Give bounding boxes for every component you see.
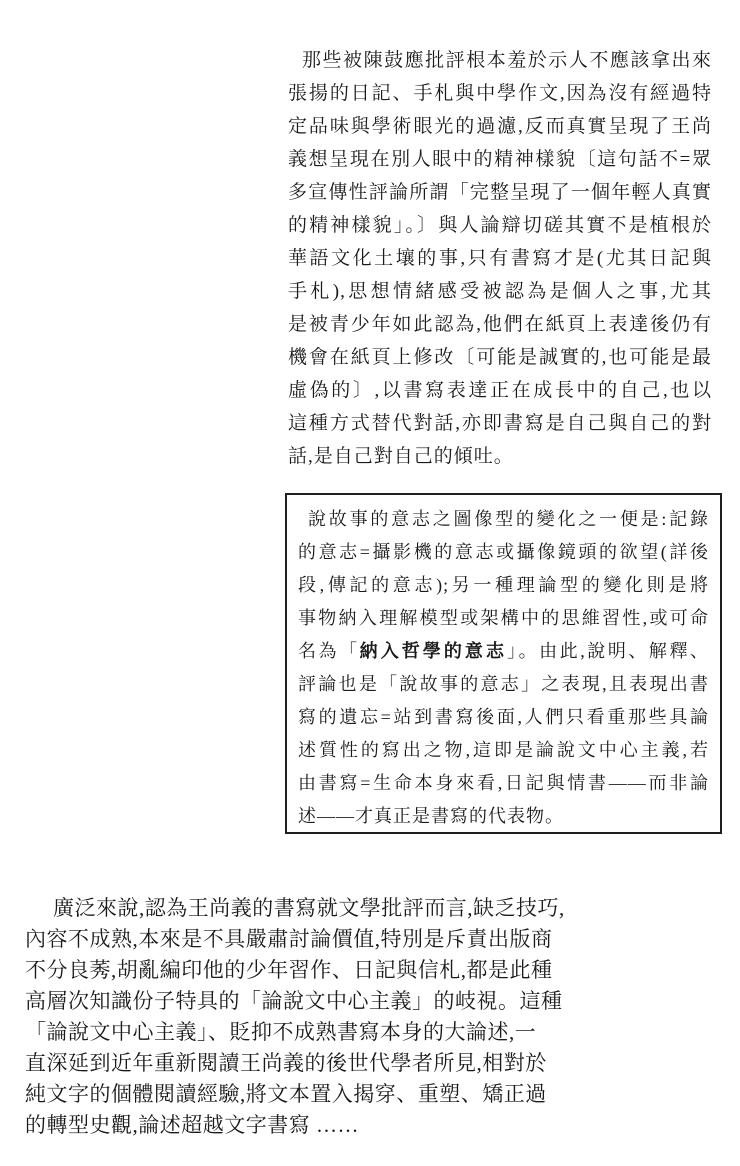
text-line: 手札),思想情緒感受被認為是個人之事,尤其 [288, 275, 712, 308]
text-line: 寫的遺忘=站到書寫後面,人們只看重那些具論 [298, 701, 709, 734]
text-segment: 廣泛來說,認為王尚義的書寫就文學批評而言,缺乏技巧, [53, 896, 565, 920]
text-segment: 說故事的意志之圖像型的變化之一便是:記錄 [308, 509, 709, 529]
bold-emphasis: 納入哲學的意志 [360, 641, 507, 661]
text-segment: 直深延到近年重新閱讀王尚義的後世代學者所見,相對於 [25, 1051, 547, 1075]
text-segment: 華語文化土壤的事,只有書寫才是(尤其日記與 [288, 248, 712, 269]
text-line: 華語文化土壤的事,只有書寫才是(尤其日記與 [288, 242, 712, 275]
text-segment: 那些被陳鼓應批評根本羞於示人不應該拿出來 [302, 50, 712, 71]
text-line: 事物納入理解模型或架構中的思維習性,或可命 [298, 602, 709, 635]
text-line: 述——才真正是書寫的代表物。 [298, 800, 709, 833]
text-line: 這種方式替代對話,亦即書寫是自己與自己的對 [288, 407, 712, 440]
text-line: 名為「納入哲學的意志」。由此,說明、解釋、 [298, 635, 709, 668]
text-line: 高層次知識份子特具的「論說文中心主義」的岐視。這種 [25, 986, 625, 1017]
text-line: 評論也是「說故事的意志」之表現,且表現出書 [298, 668, 709, 701]
text-segment: 機會在紙頁上修改〔可能是誠實的,也可能是最 [288, 347, 712, 368]
text-line: 那些被陳鼓應批評根本羞於示人不應該拿出來 [288, 44, 712, 77]
text-segment: 定品味與學術眼光的過濾,反而真實呈現了王尚 [288, 116, 712, 137]
text-line: 內容不成熟,本來是不具嚴肅討論價值,特別是斥責出版商 [25, 924, 625, 955]
text-line: 的意志=攝影機的意志或攝像鏡頭的欲望(詳後 [298, 536, 709, 569]
text-segment: 的意志=攝影機的意志或攝像鏡頭的欲望(詳後 [298, 542, 709, 562]
text-segment: 」。由此,說明、解釋、 [507, 641, 709, 661]
document-page: { "page": { "background_color": "#ffffff… [0, 0, 740, 1166]
text-line: 「論說文中心主義」、貶抑不成熟書寫本身的大論述,一 [25, 1017, 625, 1048]
text-segment: 高層次知識份子特具的「論說文中心主義」的岐視。這種 [25, 989, 563, 1013]
text-segment: 由書寫=生命本身來看,日記與情書——而非論 [298, 773, 709, 793]
text-line: 由書寫=生命本身來看,日記與情書——而非論 [298, 767, 709, 800]
text-segment: 段,傳記的意志);另一種理論型的變化則是將 [298, 575, 709, 595]
text-line: 不分良莠,胡亂編印他的少年習作、日記與信札,都是此種 [25, 955, 625, 986]
paragraph-bottom: 廣泛來說,認為王尚義的書寫就文學批評而言,缺乏技巧,內容不成熟,本來是不具嚴肅討… [25, 893, 625, 1141]
text-line: 義想呈現在別人眼中的精神樣貌〔這句話不=眾 [288, 143, 712, 176]
text-segment: 多宣傳性評論所謂「完整呈現了一個年輕人真實 [288, 182, 712, 203]
text-segment: 述質性的寫出之物,這即是論說文中心主義,若 [298, 740, 709, 760]
text-line: 機會在紙頁上修改〔可能是誠實的,也可能是最 [288, 341, 712, 374]
text-segment: 的精神樣貌」。〕與人論辯切磋其實不是植根於 [288, 215, 712, 236]
text-line: 段,傳記的意志);另一種理論型的變化則是將 [298, 569, 709, 602]
text-line: 純文字的個體閱讀經驗,將文本置入揭穿、重塑、矯正過 [25, 1079, 625, 1110]
text-line: 定品味與學術眼光的過濾,反而真實呈現了王尚 [288, 110, 712, 143]
text-line: 虛偽的〕,以書寫表達正在成長中的自己,也以 [288, 374, 712, 407]
text-segment: 義想呈現在別人眼中的精神樣貌〔這句話不=眾 [288, 149, 712, 170]
text-segment: 的轉型史觀,論述超越文字書寫 …… [25, 1113, 359, 1137]
paragraph-top: 那些被陳鼓應批評根本羞於示人不應該拿出來張揚的日記、手札與中學作文,因為沒有經過… [288, 44, 712, 473]
text-segment: 述——才真正是書寫的代表物。 [298, 806, 564, 826]
text-line: 張揚的日記、手札與中學作文,因為沒有經過特 [288, 77, 712, 110]
text-segment: 手札),思想情緒感受被認為是個人之事,尤其 [288, 281, 712, 302]
text-segment: 話,是自己對自己的傾吐。 [288, 446, 514, 467]
text-segment: 這種方式替代對話,亦即書寫是自己與自己的對 [288, 413, 712, 434]
text-segment: 虛偽的〕,以書寫表達正在成長中的自己,也以 [288, 380, 712, 401]
text-line: 話,是自己對自己的傾吐。 [288, 440, 712, 473]
text-segment: 內容不成熟,本來是不具嚴肅討論價值,特別是斥責出版商 [25, 927, 553, 951]
text-line: 多宣傳性評論所謂「完整呈現了一個年輕人真實 [288, 176, 712, 209]
text-segment: 純文字的個體閱讀經驗,將文本置入揭穿、重塑、矯正過 [25, 1082, 547, 1106]
text-line: 是被青少年如此認為,他們在紙頁上表達後仍有 [288, 308, 712, 341]
text-segment: 寫的遺忘=站到書寫後面,人們只看重那些具論 [298, 707, 709, 727]
text-line: 廣泛來說,認為王尚義的書寫就文學批評而言,缺乏技巧, [25, 893, 625, 924]
text-segment: 是被青少年如此認為,他們在紙頁上表達後仍有 [288, 314, 712, 335]
text-segment: 「論說文中心主義」、貶抑不成熟書寫本身的大論述,一 [25, 1020, 536, 1044]
text-segment: 不分良莠,胡亂編印他的少年習作、日記與信札,都是此種 [25, 958, 553, 982]
text-segment: 評論也是「說故事的意志」之表現,且表現出書 [298, 674, 709, 694]
text-line: 的轉型史觀,論述超越文字書寫 …… [25, 1110, 625, 1141]
text-line: 述質性的寫出之物,這即是論說文中心主義,若 [298, 734, 709, 767]
text-segment: 名為「 [298, 641, 360, 661]
text-line: 直深延到近年重新閱讀王尚義的後世代學者所見,相對於 [25, 1048, 625, 1079]
text-segment: 張揚的日記、手札與中學作文,因為沒有經過特 [288, 83, 712, 104]
text-line: 的精神樣貌」。〕與人論辯切磋其實不是植根於 [288, 209, 712, 242]
text-segment: 事物納入理解模型或架構中的思維習性,或可命 [298, 608, 709, 628]
boxed-note-paragraph: 說故事的意志之圖像型的變化之一便是:記錄的意志=攝影機的意志或攝像鏡頭的欲望(詳… [285, 493, 722, 834]
text-line: 說故事的意志之圖像型的變化之一便是:記錄 [298, 503, 709, 536]
